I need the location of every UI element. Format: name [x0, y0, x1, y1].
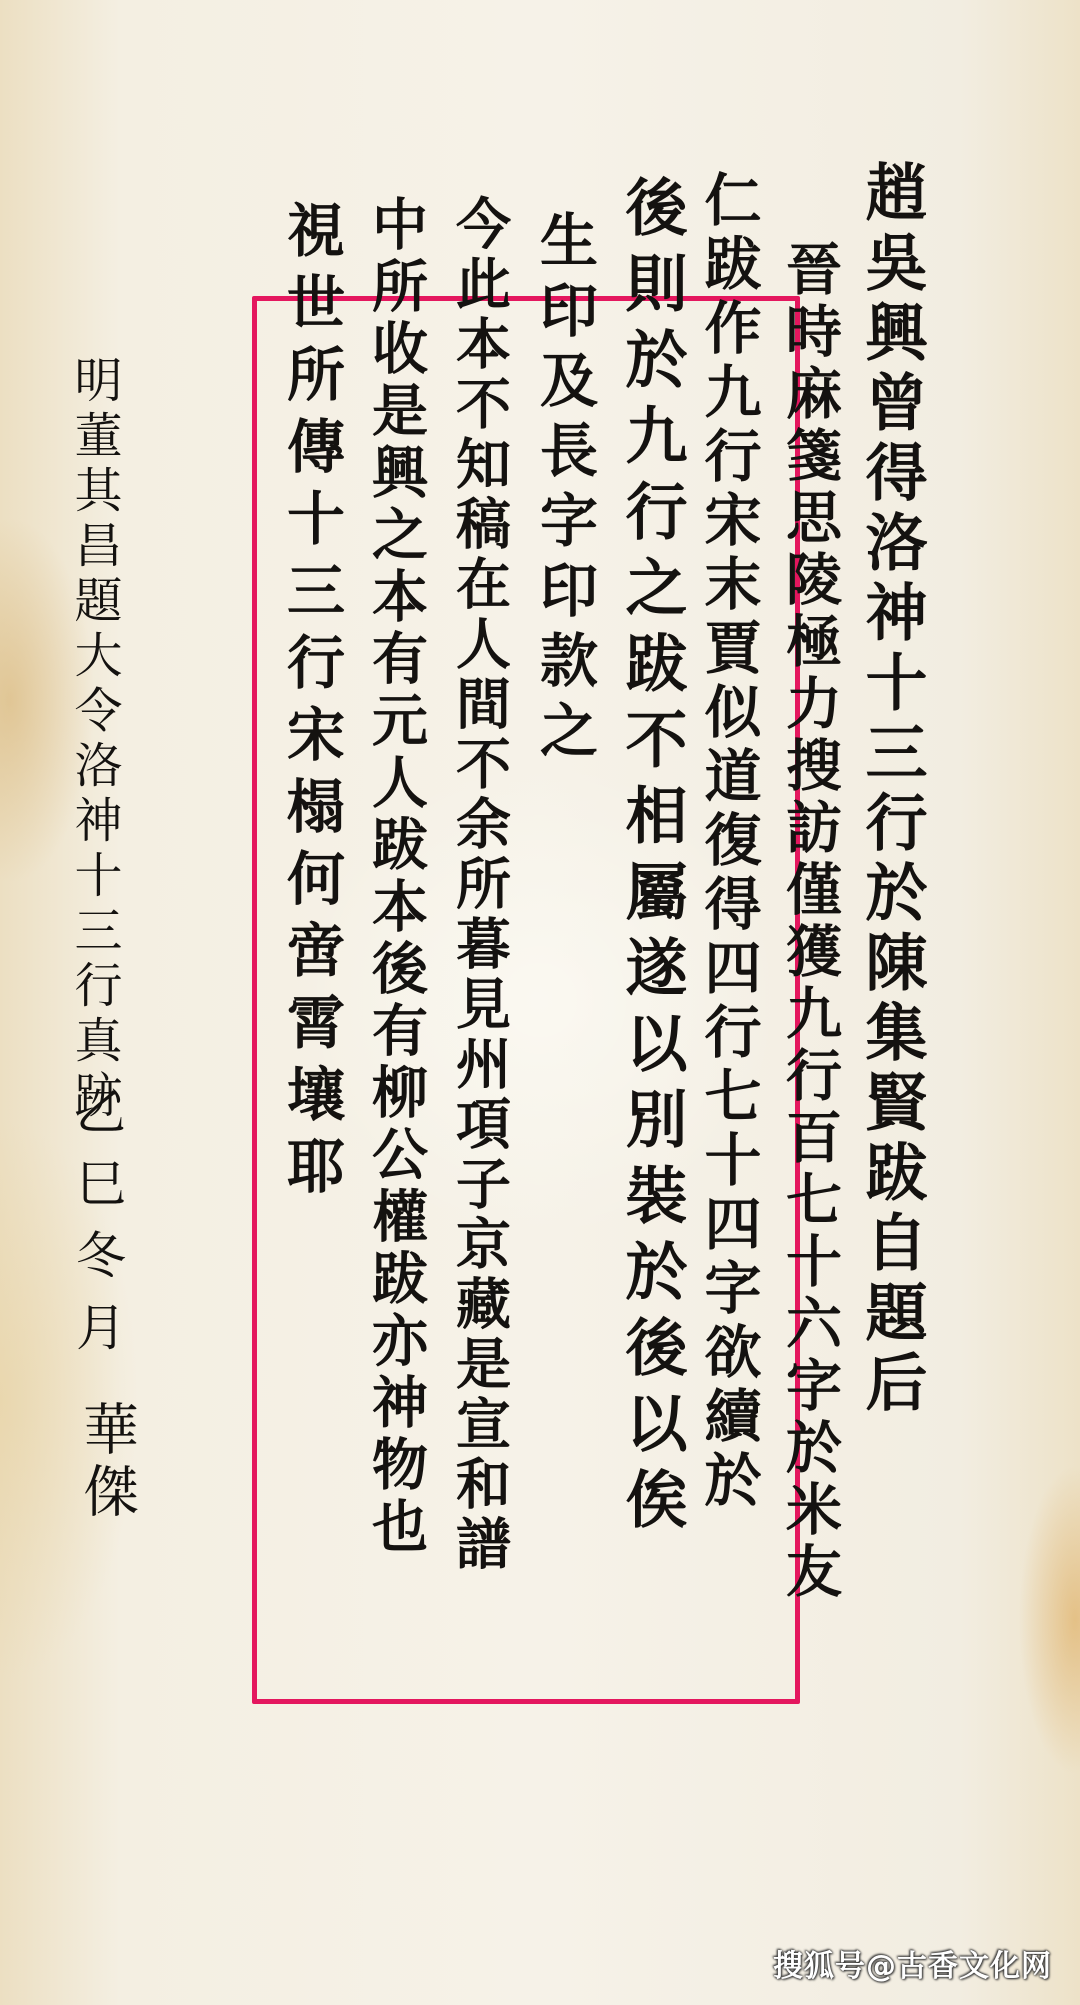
signature-date: 乙巳冬月	[72, 1085, 122, 1373]
signature-name: 華傑	[78, 1400, 134, 1524]
text-column-1: 趙吳興曾得洛神十三行於陳集賢跋自題后	[860, 160, 922, 1420]
text-column-4: 後則於九行之跋不相屬遂以別裝於後以俟	[620, 175, 682, 1543]
text-column-2: 晉時麻箋思陵極力搜訪僅獲九行百七十六字於米友	[782, 240, 838, 1604]
watermark: 搜狐号@古香文化网	[773, 1941, 1052, 1985]
text-column-3: 仁跋作九行宋末賈似道復得四行七十四字欲續於	[700, 170, 757, 1514]
text-column-8: 視世所傳十三行宋榻何啻霄壤耶	[282, 200, 340, 1208]
text-column-6: 今此本不知稿在人間不余所暮見州項子京藏是宣和譜	[452, 195, 507, 1575]
text-column-7: 中所收是興之本有元人跋本後有柳公權跋亦神物也	[368, 195, 424, 1559]
signature-title-column: 明董其昌題大令洛神十三行真跡	[70, 355, 118, 1125]
text-column-5: 生印及長字印款之	[535, 210, 593, 770]
